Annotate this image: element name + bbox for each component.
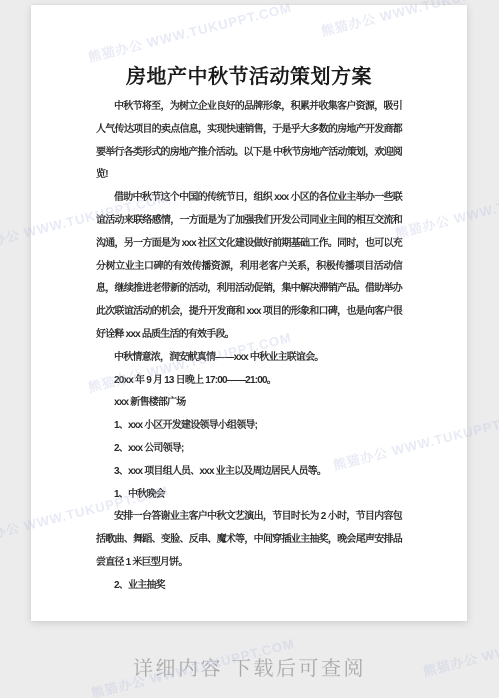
document-body: 中秋节将至，为树立企业良好的品牌形象，积累并收集客户资源，吸引人气传达项目的卖点…	[96, 96, 402, 598]
document-title: 房地产中秋节活动策划方案	[96, 62, 402, 92]
document-page: 房地产中秋节活动策划方案 中秋节将至，为树立企业良好的品牌形象，积累并收集客户资…	[31, 5, 467, 621]
document-paragraph: 中秋节将至，为树立企业良好的品牌形象，积累并收集客户资源，吸引人气传达项目的卖点…	[96, 96, 402, 187]
document-paragraph: xxx 新售楼部广场	[96, 392, 402, 415]
document-list-item: 2、xxx 公司领导;	[96, 438, 402, 461]
document-paragraph: 20xx 年 9 月 13 日晚上 17:00——21:00。	[96, 370, 402, 393]
document-list-item: 3、xxx 项目组人员、xxx 业主以及周边居民人员等。	[96, 461, 402, 484]
download-hint: 详细内容 下载后可查阅	[0, 652, 499, 681]
document-list-item: 2、业主抽奖	[96, 575, 402, 598]
document-paragraph: 安排一台答谢业主客户中秋文艺演出，节目时长为 2 小时，节目内容包括歌曲、舞蹈、…	[96, 506, 402, 574]
document-list-item: 1、xxx 小区开发建设领导小组领导;	[96, 415, 402, 438]
document-paragraph: 中秋情意浓，润安献真情——xxx 中秋业主联谊会。	[96, 347, 402, 370]
document-preview-screen: { "colors": { "background": "#ececec", "…	[0, 0, 499, 698]
document-paragraph: 借助中秋节这个中国的传统节日，组织 xxx 小区的各位业主举办一些联谊活动来联络…	[96, 187, 402, 347]
document-list-item: 1、中秋晚会	[96, 484, 402, 507]
